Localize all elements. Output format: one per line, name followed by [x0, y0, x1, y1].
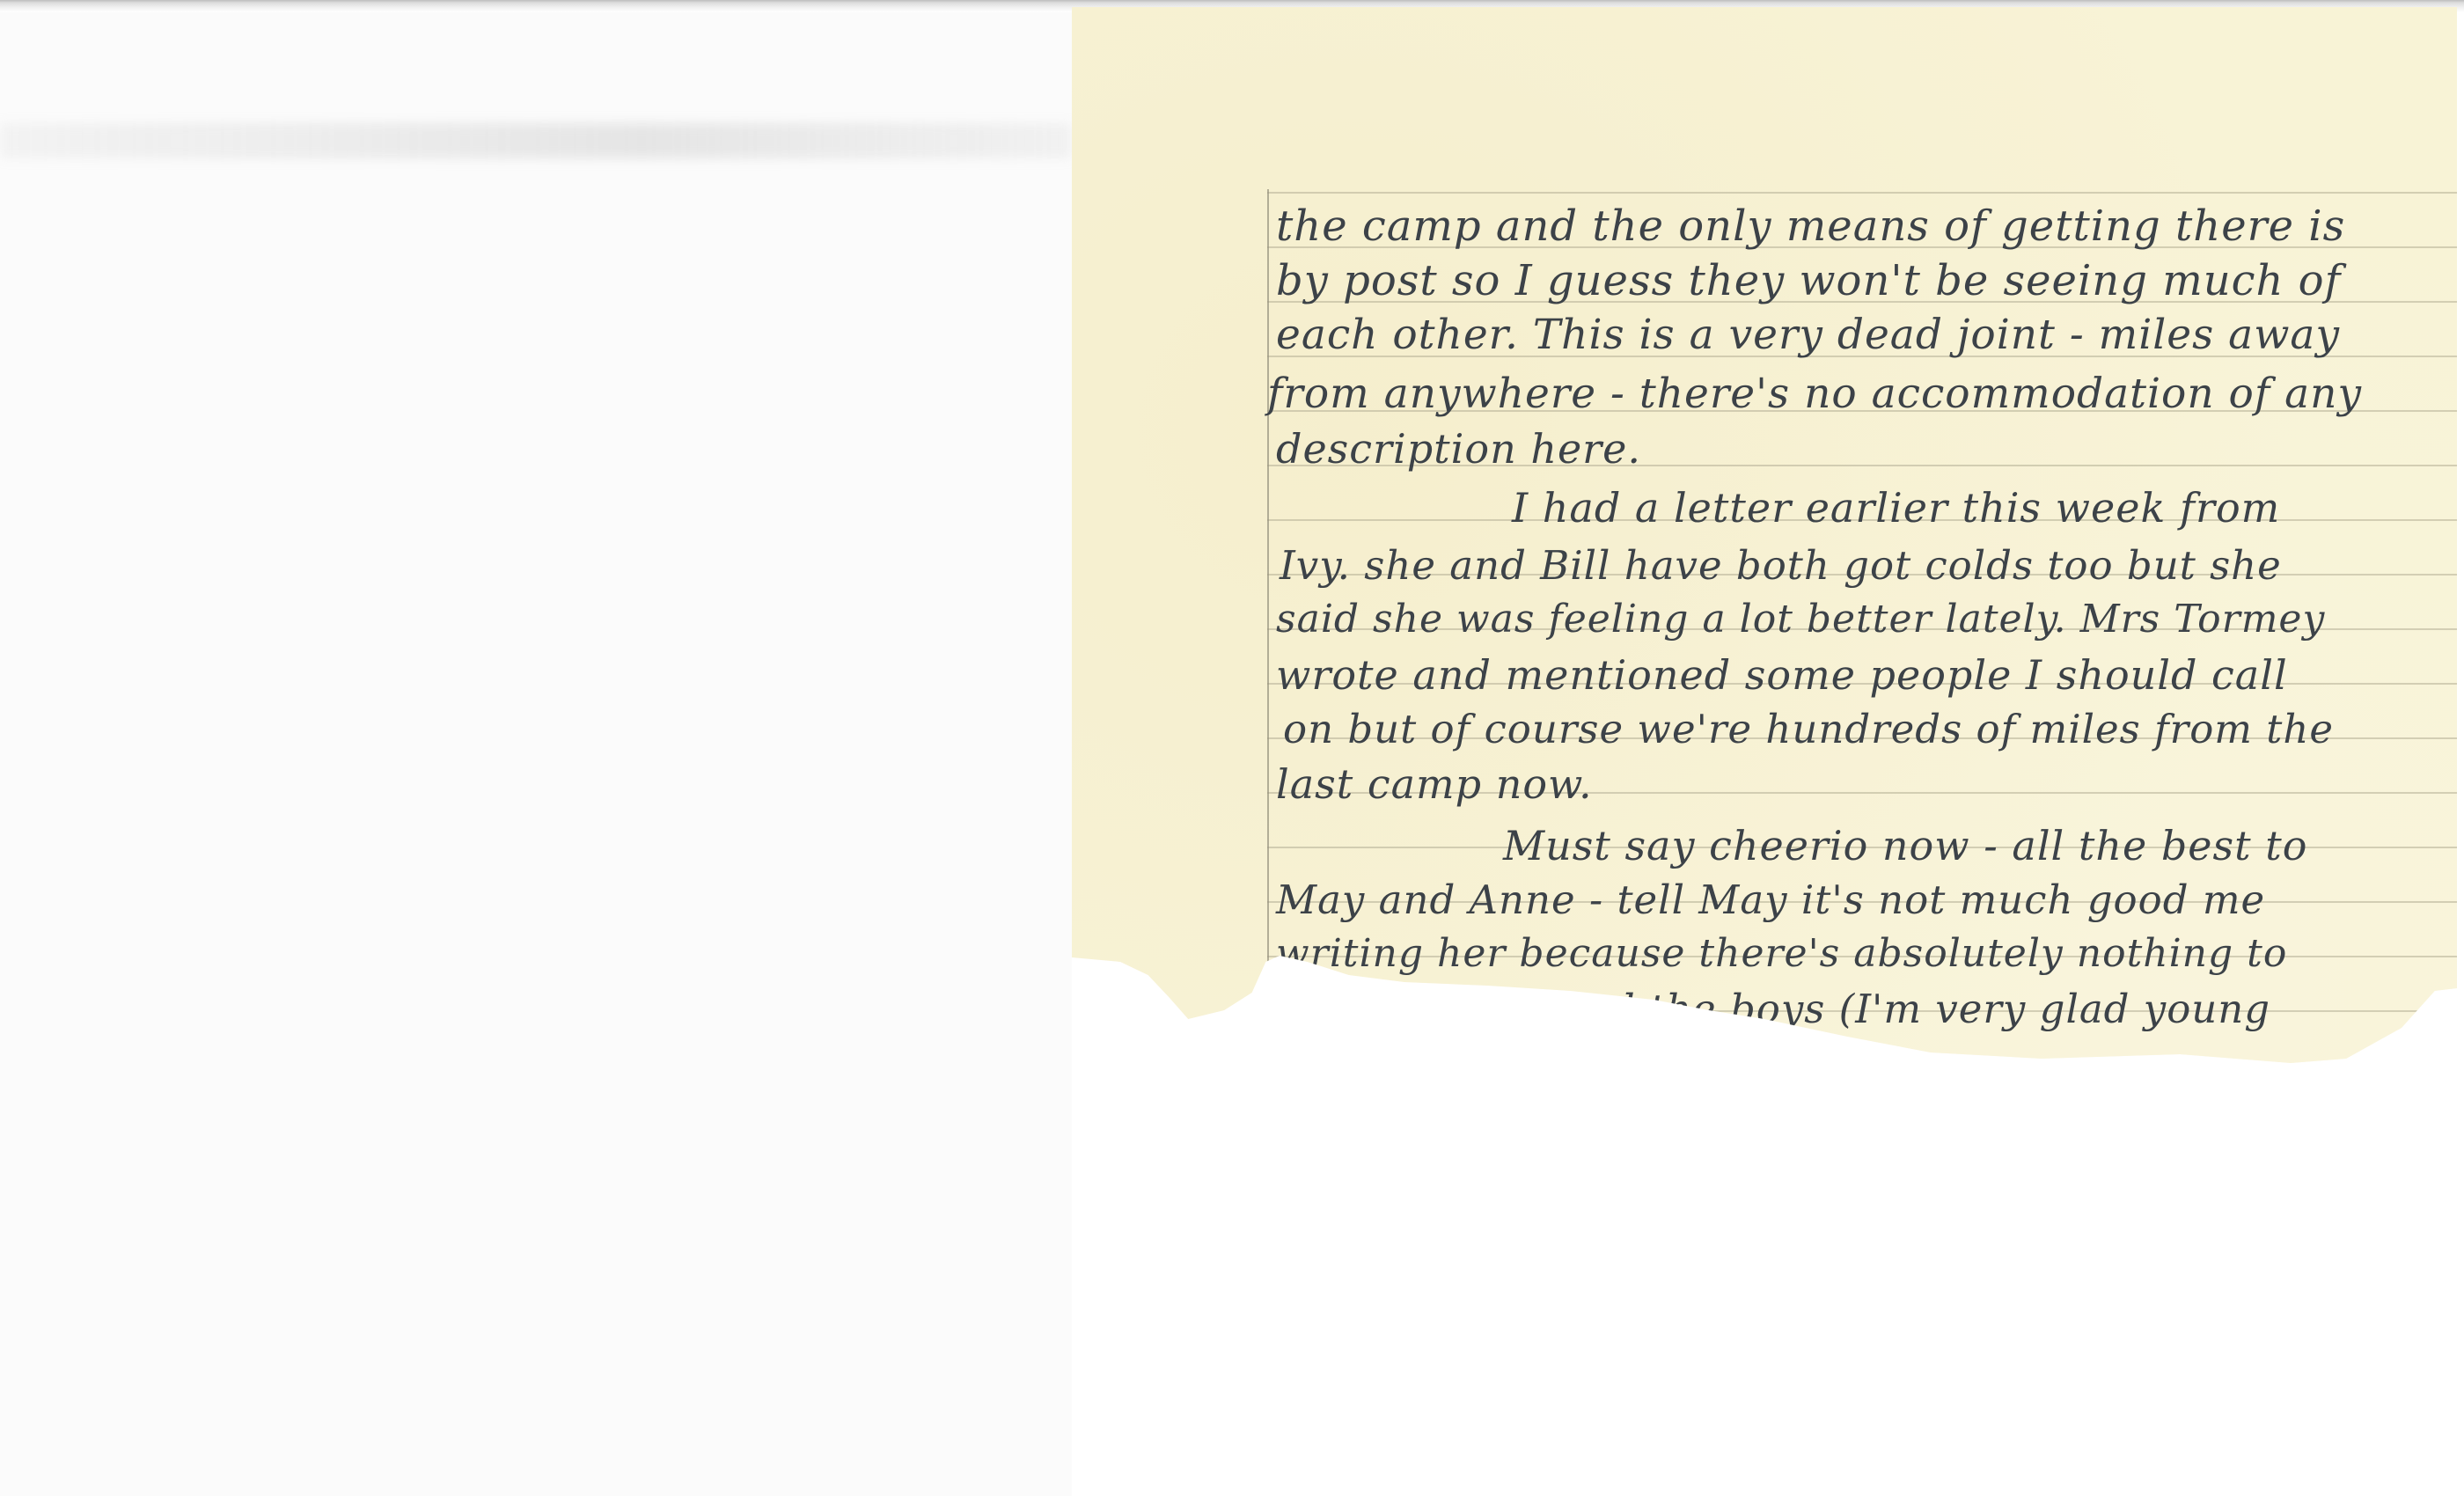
ruled-line [1267, 1283, 2457, 1285]
letter-line: Peter is recovering alright.). [1276, 1044, 1884, 1084]
letter-line: from anywhere - there's no accommodation… [1267, 373, 2362, 414]
letter-line: last camp now. [1276, 764, 1593, 804]
ruled-line [1267, 192, 2457, 194]
letter-line: Ivy. she and Bill have both got colds to… [1280, 546, 2282, 585]
ruled-line [1267, 1338, 2457, 1339]
letter-line: said she was feeling a lot better lately… [1276, 600, 2325, 639]
letter-line: each other. This is a very dead joint - … [1276, 314, 2340, 356]
letter-page: the camp and the only means of getting t… [1072, 7, 2457, 1415]
letter-line: write about - and the boys (I'm very gla… [1276, 989, 2270, 1029]
scanner-background [0, 12, 1072, 1496]
ruled-line [1267, 1065, 2457, 1067]
letter-line: wrote and mentioned some people I should… [1276, 655, 2288, 695]
letter-line: by post so I guess they won't be seeing … [1276, 260, 2341, 302]
letter-line: the camp and the only means of getting t… [1276, 205, 2345, 247]
letter-line: Must say cheerio now - all the best to [1503, 825, 2307, 866]
ruled-line [1267, 1119, 2457, 1121]
letter-closing: your loving son [1741, 1103, 2042, 1140]
letter-line: description here. [1276, 429, 1641, 469]
letter-postscript: Jim McDonnell just asked to be remembere… [1276, 1210, 2351, 1250]
letter-line: May and Anne - tell May it's not much go… [1276, 880, 2265, 920]
scan-smudge [0, 123, 1072, 158]
letter-line: I had a letter earlier this week from [1512, 488, 2280, 528]
letter-line: writing her because there's absolutely n… [1276, 935, 2287, 973]
ruled-line [1267, 1174, 2457, 1176]
margin-line [1267, 189, 1269, 1351]
ruled-line [1267, 1392, 2457, 1394]
letter-line: on but of course we're hundreds of miles… [1283, 709, 2334, 749]
letter-signature: Max [1836, 1155, 1923, 1194]
ruled-line [1267, 1228, 2457, 1230]
